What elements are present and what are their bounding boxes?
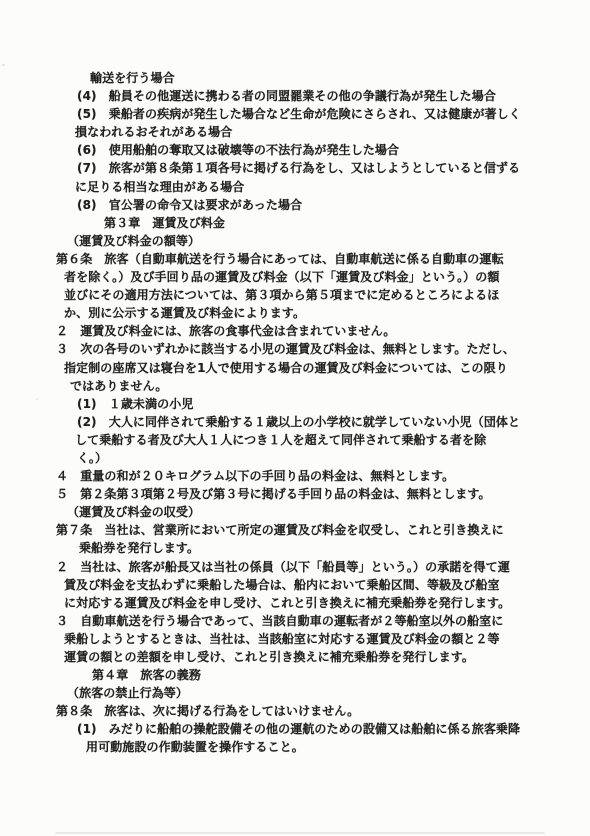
text-line: (1) みだりに船舶の操舵設備その他の運航のための設備又は船舶に係る旅客乗降	[0, 720, 590, 738]
text-line: に足りる相当な理由がある場合	[0, 178, 590, 196]
text-line: 乗船券を発行します。	[0, 539, 590, 557]
document-text: 輸送を行う場合(4) 船員その他運送に携わる者の同盟罷業その他の争議行為が発生し…	[0, 69, 590, 757]
text-line: ではありません。	[0, 377, 590, 395]
text-line: ２ 運賃及び料金には、旅客の食事代金は含まれていません。	[0, 322, 590, 340]
text-line: 運賃の額との差額を申し受け、これと引き換えに補充乗船券を発行します。	[0, 648, 590, 666]
text-line: ３ 次の各号のいずれかに該当する小児の運賃及び料金は、無料とします。ただし、	[0, 340, 590, 358]
text-line: (5) 乗船者の疾病が発生した場合など生命が危険にさらされ、又は健康が著しく	[0, 105, 590, 123]
text-line: ２ 当社は、旅客が船長又は当社の係員（以下「船員等」という。）の承諾を得て運	[0, 558, 590, 576]
scan-edge-artifact	[55, 832, 545, 834]
document-page: 輸送を行う場合(4) 船員その他運送に携わる者の同盟罷業その他の争議行為が発生し…	[0, 0, 590, 836]
text-line: ５ 第２条第３項第２号及び第３号に掲げる手回り品の料金は、無料とします。	[0, 485, 590, 503]
text-line: ３ 自動車航送を行う場合であって、当該自動車の運転者が２等船室以外の船室に	[0, 612, 590, 630]
text-line: 乗船しようとするときは、当社は、当該船室に対応する運賃及び料金の額と２等	[0, 630, 590, 648]
text-line: 第６条 旅客（自動車航送を行う場合にあっては、自動車航送に係る自動車の運転	[0, 250, 590, 268]
scan-speck	[2, 64, 5, 66]
text-line: (2) 大人に同伴されて乗船する１歳以上の小学校に就学していない小児（団体と	[0, 413, 590, 431]
scan-speck	[36, 398, 38, 400]
text-line: 者を除く。）及び手回り品の運賃及び料金（以下「運賃及び料金」という。）の額	[0, 268, 590, 286]
text-line: して乗船する者及び大人１人につき１人を超えて同伴されて乗船する者を除	[0, 431, 590, 449]
text-line: 賃及び料金を支払わずに乗船した場合は、船内において乗船区間、等級及び船室	[0, 576, 590, 594]
text-line: 指定制の座席又は寝台を1人で使用する場合の運賃及び料金については、この限り	[0, 359, 590, 377]
text-line: 第３章 運賃及び料金	[0, 214, 590, 232]
text-line: (7) 旅客が第８条第１項各号に掲げる行為をし、又はしようとしていると信ずる	[0, 159, 590, 177]
text-line: 損なわれるおそれがある場合	[0, 123, 590, 141]
text-line: 第８条 旅客は、次に掲げる行為をしてはいけません。	[0, 702, 590, 720]
text-line: (6) 使用船舶の奪取又は破壊等の不法行為が発生した場合	[0, 141, 590, 159]
text-line: ４ 重量の和が２０キログラム以下の手回り品の料金は、無料とします。	[0, 467, 590, 485]
text-line: 並びにその適用方法については、第３項から第５項までに定めるところによるほ	[0, 286, 590, 304]
text-line: （旅客の禁止行為等）	[0, 684, 590, 702]
text-line: (1) １歳未満の小児	[0, 395, 590, 413]
text-line: 用可動施設の作動装置を操作すること。	[0, 738, 590, 756]
text-line: （運賃及び料金の額等）	[0, 232, 590, 250]
text-line: か、別に公示する運賃及び料金によります。	[0, 304, 590, 322]
text-line: （運賃及び料金の収受）	[0, 503, 590, 521]
text-line: く。）	[0, 449, 590, 467]
text-line: に対応する運賃及び料金を申し受け、これと引き換えに補充乗船券を発行します。	[0, 594, 590, 612]
text-line: 第７条 当社は、営業所において所定の運賃及び料金を収受し、これと引き換えに	[0, 521, 590, 539]
text-line: (4) 船員その他運送に携わる者の同盟罷業その他の争議行為が発生した場合	[0, 87, 590, 105]
text-line: 輸送を行う場合	[0, 69, 590, 87]
text-line: (8) 官公署の命令又は要求があった場合	[0, 196, 590, 214]
text-line: 第４章 旅客の義務	[0, 666, 590, 684]
